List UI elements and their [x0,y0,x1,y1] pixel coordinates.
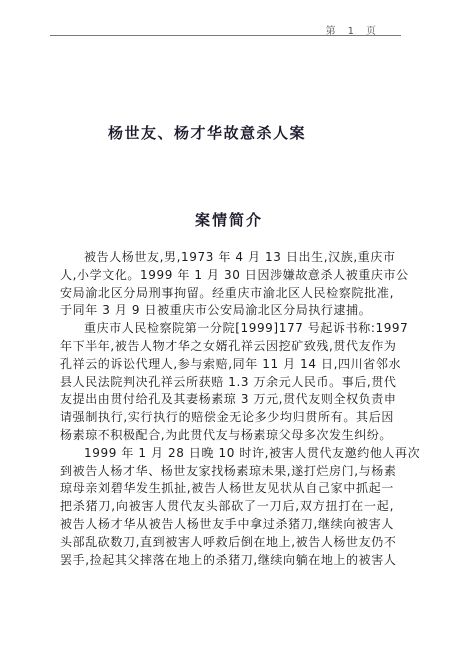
paragraph-line: 被告人杨才华从被告人杨世友手中拿过杀猪刀,继续向被害人 [60,516,394,534]
paragraph-line: 安局渝北区分局刑事拘留。经重庆市渝北区人民检察院批准, [60,285,394,303]
paragraph-line: 把杀猪刀,向被害人贯代友头部砍了一刀后,双方扭打在一起, [60,498,394,516]
page-header: 第1页 [50,22,401,36]
paragraph-line: 1999 年 1 月 28 日晚 10 时许,被害人贯代友邀约他人再次 [60,445,394,463]
paragraph-line: 孔祥云的诉讼代理人,参与索赔,同年 11 月 14 日,四川省邻水 [60,356,394,374]
paragraph-line: 重庆市人民检察院第一分院[1999]177 号起诉书称:1997 [60,320,394,338]
paragraph-line: 友提出由贯付给孔及其妻杨素琼 3 万元,贯代友则全权负责申 [60,391,394,409]
paragraph-line: 县人民法院判决孔祥云所获赔 1.3 万余元人民币。事后,贯代 [60,374,394,392]
paragraph-line: 罢手,捡起其父摔落在地上的杀猪刀,继续向躺在地上的被害人 [60,552,394,570]
case-title: 杨世友、杨才华故意杀人案 [108,122,306,143]
paragraph-line: 杨素琼不积极配合,为此贯代友与杨素琼父母多次发生纠纷。 [60,427,394,445]
section-title: 案情简介 [0,209,458,230]
paragraph-line: 年下半年,被告人物才华之女婿孔祥云因挖矿致残,贯代友作为 [60,338,394,356]
paragraph-line: 请强制执行,实行执行的赔偿金无论多少均归贯所有。其后因 [60,409,394,427]
paragraph-line: 人,小学文化。1999 年 1 月 30 日因涉嫌故意杀人被重庆市公 [60,267,394,285]
paragraph-line: 于同年 3 月 9 日被重庆市公安局渝北区分局执行逮捕。 [60,302,394,320]
paragraph-line: 琼母亲刘碧华发生抓扯,被告人杨世友见状从自己家中抓起一 [60,480,394,498]
body-text: 被告人杨世友,男,1973 年 4 月 13 日出生,汉族,重庆市 人,小学文化… [60,249,394,569]
paragraph-line: 到被告人杨才华、杨世友家找杨素琼未果,遂打烂房门,与杨素 [60,463,394,481]
paragraph-line: 头部乱砍数刀,直到被害人呼救后倒在地上,被告人杨世友仍不 [60,534,394,552]
header-rule [50,35,401,36]
paragraph-line: 被告人杨世友,男,1973 年 4 月 13 日出生,汉族,重庆市 [60,249,394,267]
